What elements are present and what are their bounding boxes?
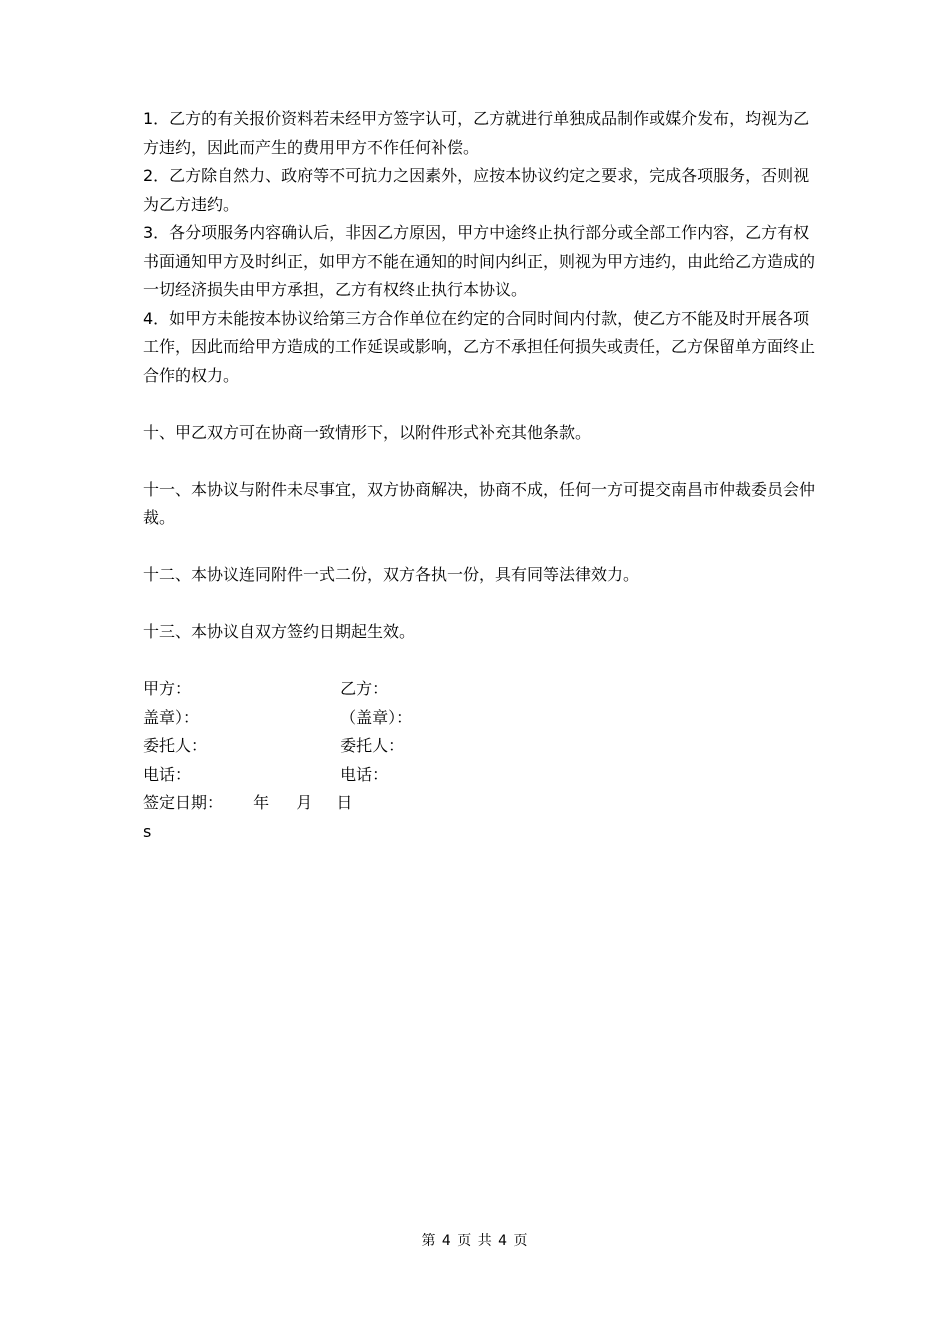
- article-11-line-2: 裁。: [143, 504, 815, 533]
- clause-4-line-3: 合作的权力。: [143, 362, 815, 391]
- clause-3-line-2: 书面通知甲方及时纠正，如甲方不能在通知的时间内纠正，则视为甲方违约，由此给乙方造…: [143, 248, 815, 277]
- document-body: 1．乙方的有关报价资料若未经甲方签字认可，乙方就进行单独成品制作或媒介发布，均视…: [143, 105, 815, 846]
- article-11-line-1: 十一、本协议与附件未尽事宜，双方协商解决，协商不成，任何一方可提交南昌市仲裁委员…: [143, 476, 815, 505]
- article-12: 十二、本协议连同附件一式二份，双方各执一份，具有同等法律效力。: [143, 561, 815, 590]
- party-a-label: 甲方：: [143, 675, 335, 704]
- article-11: 十一、本协议与附件未尽事宜，双方协商解决，协商不成，任何一方可提交南昌市仲裁委员…: [143, 476, 815, 533]
- clause-2-line-1: 2．乙方除自然力、政府等不可抗力之因素外，应按本协议约定之要求，完成各项服务，否…: [143, 162, 815, 191]
- clause-1: 1．乙方的有关报价资料若未经甲方签字认可，乙方就进行单独成品制作或媒介发布，均视…: [143, 105, 815, 162]
- stray-character: s: [143, 818, 815, 847]
- clause-4: 4．如甲方未能按本协议给第三方合作单位在约定的合同时间内付款，使乙方不能及时开展…: [143, 305, 815, 391]
- clause-3: 3．各分项服务内容确认后，非因乙方原因，甲方中途终止执行部分或全部工作内容，乙方…: [143, 219, 815, 305]
- signature-row-agent: 委托人： 委托人：: [143, 732, 815, 761]
- party-a-agent-label: 委托人：: [143, 732, 335, 761]
- document-page: 1．乙方的有关报价资料若未经甲方签字认可，乙方就进行单独成品制作或媒介发布，均视…: [0, 0, 950, 1344]
- signature-row-party: 甲方： 乙方：: [143, 675, 815, 704]
- sign-date-month-label: 月: [296, 793, 312, 812]
- clause-4-line-1: 4．如甲方未能按本协议给第三方合作单位在约定的合同时间内付款，使乙方不能及时开展…: [143, 305, 815, 334]
- clause-2: 2．乙方除自然力、政府等不可抗力之因素外，应按本协议约定之要求，完成各项服务，否…: [143, 162, 815, 219]
- sign-date-day-label: 日: [336, 793, 352, 812]
- signature-date-row: 签定日期： 年 月 日: [143, 789, 815, 818]
- party-b-seal-label: （盖章）：: [340, 708, 412, 727]
- sign-date-year-label: 年: [253, 793, 269, 812]
- clause-1-line-1: 1．乙方的有关报价资料若未经甲方签字认可，乙方就进行单独成品制作或媒介发布，均视…: [143, 105, 815, 134]
- party-b-agent-label: 委托人：: [340, 736, 404, 755]
- article-13-line-1: 十三、本协议自双方签约日期起生效。: [143, 618, 815, 647]
- clause-1-line-2: 方违约，因此而产生的费用甲方不作任何补偿。: [143, 134, 815, 163]
- page-number-footer: 第 4 页 共 4 页: [0, 1231, 950, 1251]
- party-a-seal-label: 盖章）：: [143, 704, 335, 733]
- clause-3-line-3: 一切经济损失由甲方承担，乙方有权终止执行本协议。: [143, 276, 815, 305]
- article-12-line-1: 十二、本协议连同附件一式二份，双方各执一份，具有同等法律效力。: [143, 561, 815, 590]
- clause-3-line-1: 3．各分项服务内容确认后，非因乙方原因，甲方中途终止执行部分或全部工作内容，乙方…: [143, 219, 815, 248]
- signature-row-seal: 盖章）： （盖章）：: [143, 704, 815, 733]
- article-13: 十三、本协议自双方签约日期起生效。: [143, 618, 815, 647]
- party-b-phone-label: 电话：: [340, 765, 388, 784]
- sign-date-label: 签定日期：: [143, 793, 223, 812]
- party-b-label: 乙方：: [340, 679, 388, 698]
- party-a-phone-label: 电话：: [143, 761, 335, 790]
- signature-row-phone: 电话： 电话：: [143, 761, 815, 790]
- clause-2-line-2: 为乙方违约。: [143, 191, 815, 220]
- article-10: 十、甲乙双方可在协商一致情形下，以附件形式补充其他条款。: [143, 419, 815, 448]
- clause-4-line-2: 工作，因此而给甲方造成的工作延误或影响，乙方不承担任何损失或责任，乙方保留单方面…: [143, 333, 815, 362]
- article-10-line-1: 十、甲乙双方可在协商一致情形下，以附件形式补充其他条款。: [143, 419, 815, 448]
- signature-block: 甲方： 乙方： 盖章）： （盖章）： 委托人： 委托人： 电话： 电话： 签定日…: [143, 675, 815, 846]
